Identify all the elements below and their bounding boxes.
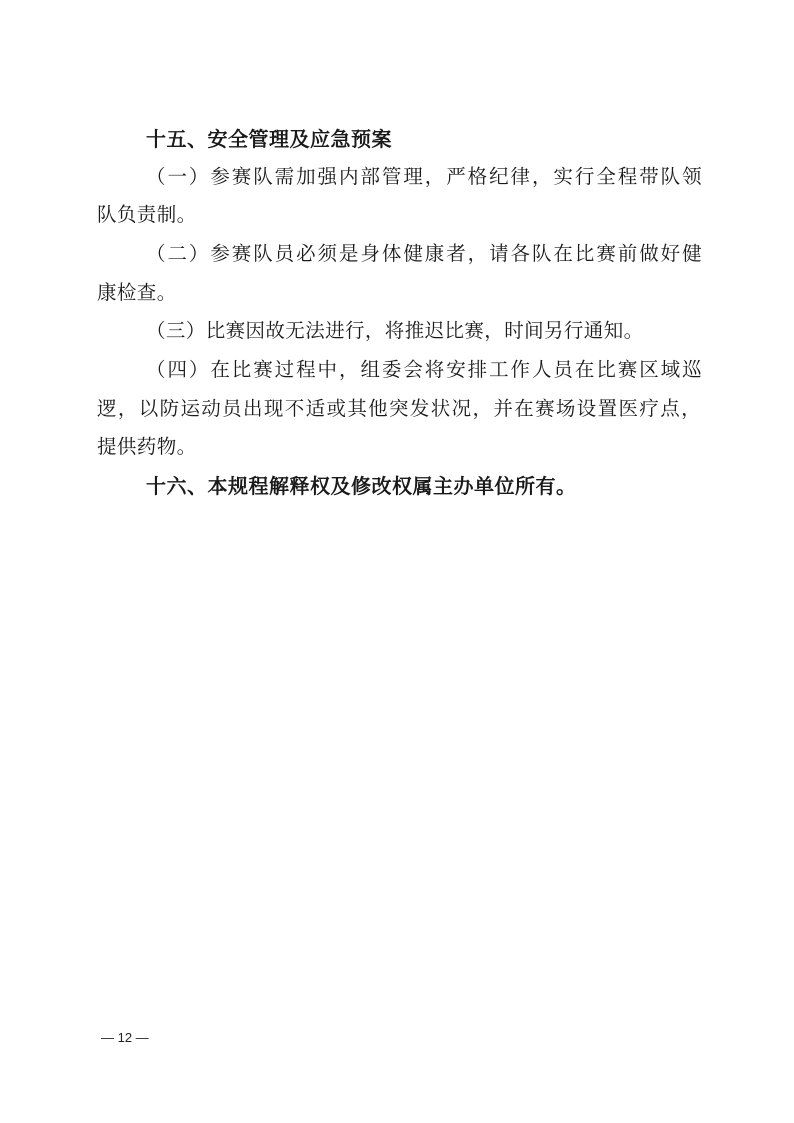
paragraph-item-4-line2: 逻，以防运动员出现不适或其他突发状况，并在赛场设置医疗点，: [97, 396, 701, 422]
section-heading-16: 十六、本规程解释权及修改权属主办单位所有。: [146, 473, 702, 499]
paragraph-item-4-line1: （四）在比赛过程中，组委会将安排工作人员在比赛区域巡: [146, 357, 702, 383]
paragraph-item-2-line2: 康检查。: [97, 280, 701, 306]
paragraph-item-4-line3: 提供药物。: [97, 434, 701, 460]
section-heading-15: 十五、安全管理及应急预案: [146, 126, 702, 152]
page-number: — 12 —: [101, 1030, 149, 1045]
paragraph-item-3-line1: （三）比赛因故无法进行，将推迟比赛，时间另行通知。: [146, 318, 702, 344]
paragraph-item-1-line2: 队负责制。: [97, 202, 701, 228]
document-page: 十五、安全管理及应急预案 （一）参赛队需加强内部管理，严格纪律，实行全程带队领 …: [0, 0, 794, 1123]
paragraph-item-1-line1: （一）参赛队需加强内部管理，严格纪律，实行全程带队领: [146, 164, 702, 190]
paragraph-item-2-line1: （二）参赛队员必须是身体健康者，请各队在比赛前做好健: [146, 241, 702, 267]
